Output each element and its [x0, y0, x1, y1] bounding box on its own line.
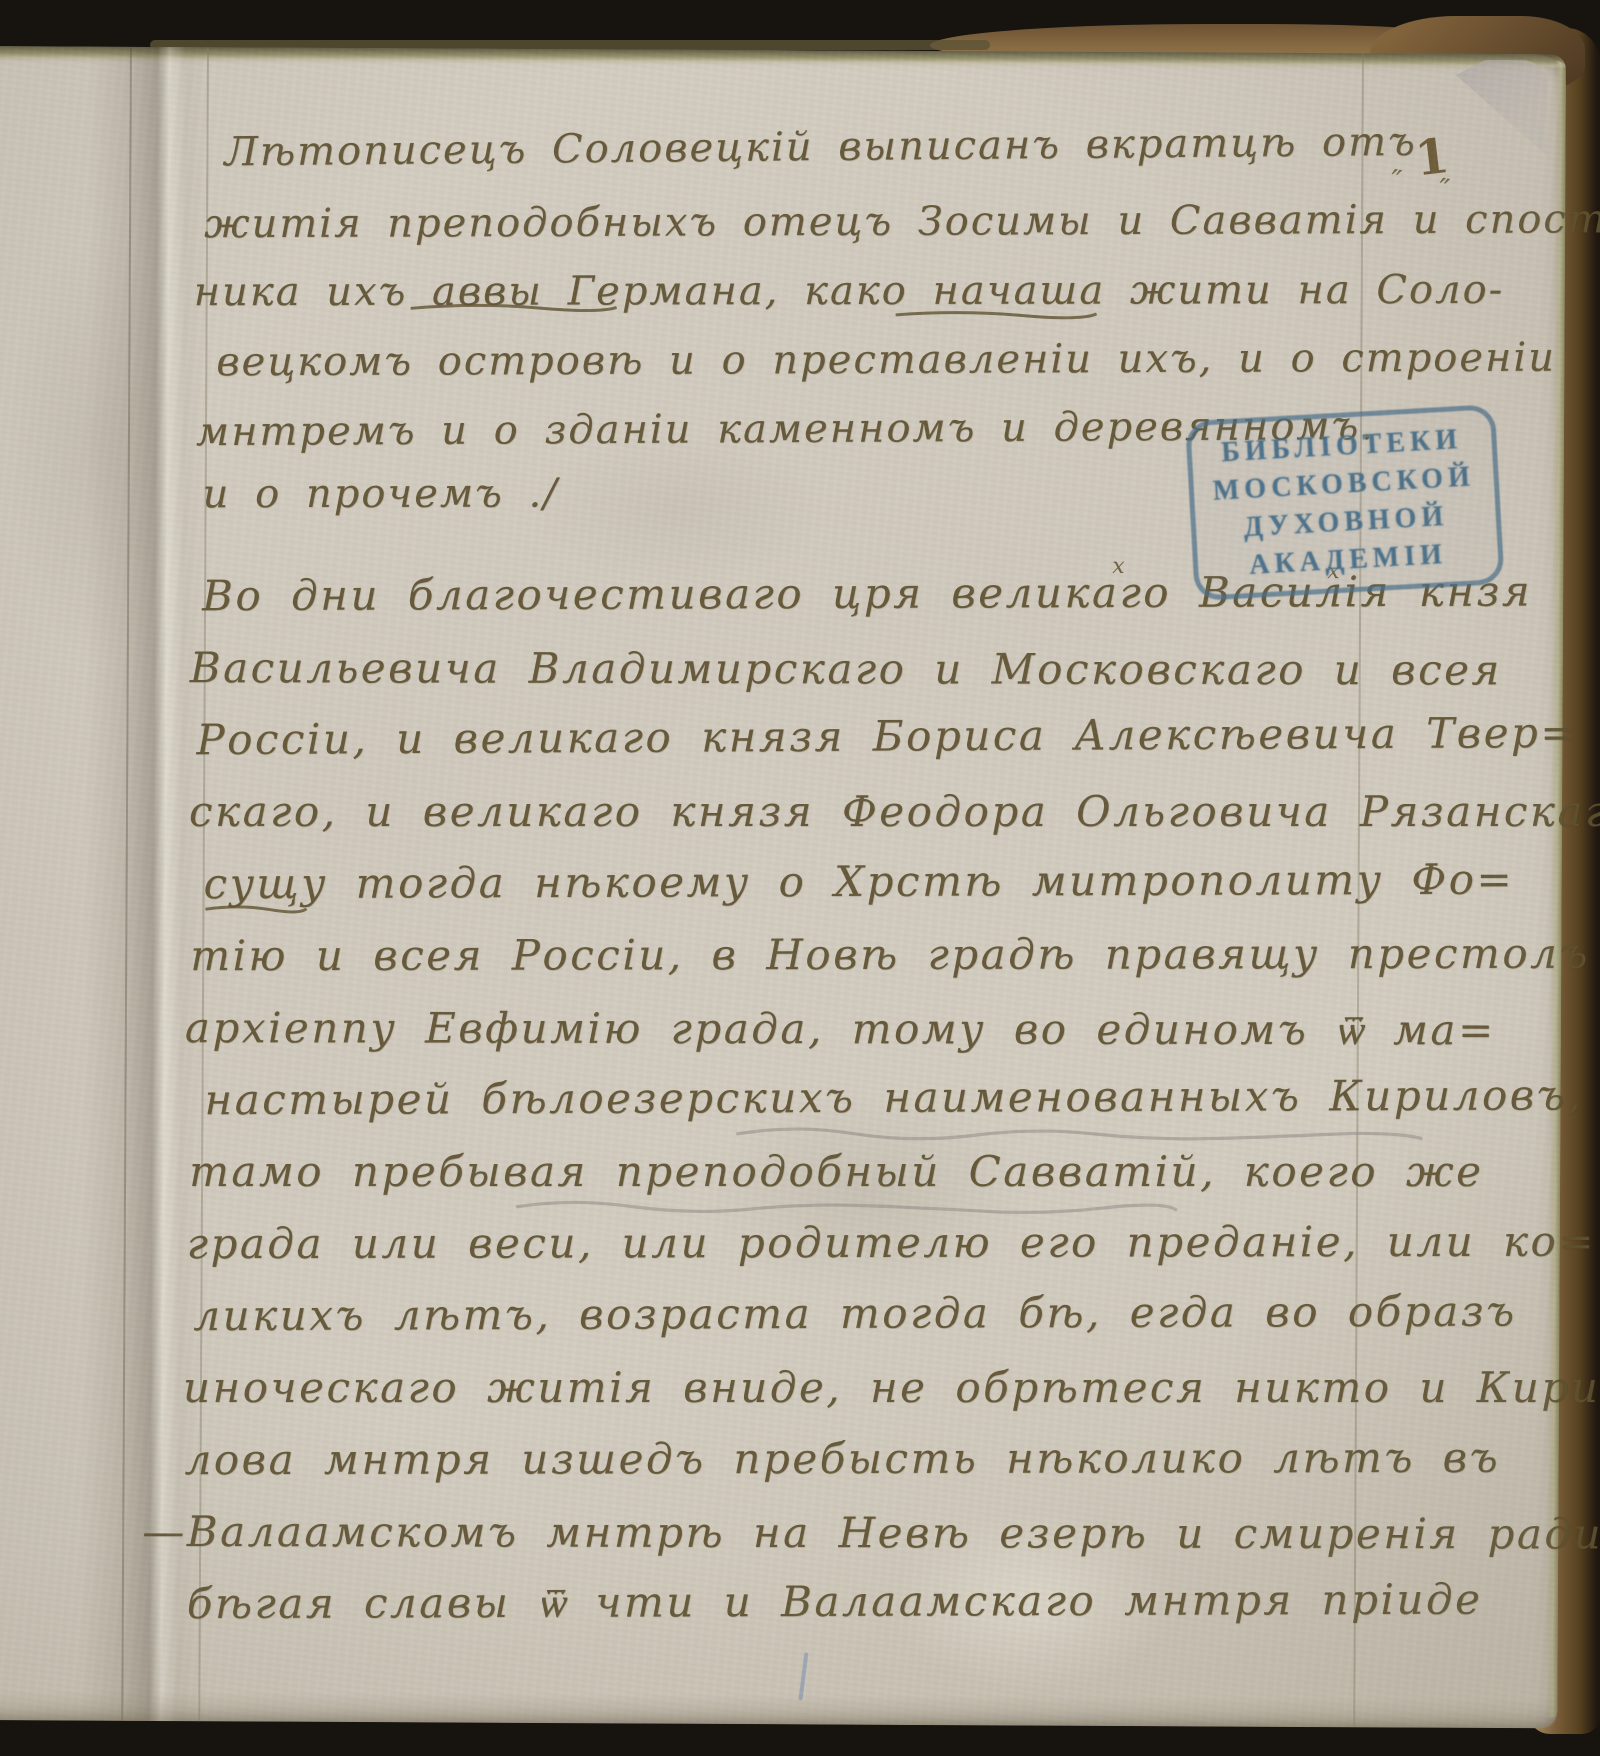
- worn-corner-patch: [1455, 60, 1548, 156]
- body-line: бѣгая славы ѿ чти и Валаамскаго мнтря пр…: [187, 1575, 1483, 1630]
- heading-line: и о прочемъ ./: [203, 471, 559, 518]
- paper-stain: [7, 236, 189, 657]
- heading-line: ника ихъ аввы Германа, како начаша жити …: [194, 267, 1505, 315]
- body-line: настырей бѣлоезерскихъ наименованныхъ Ки…: [204, 1070, 1583, 1124]
- manuscript-page: 1 ″ ″ Лѣтописецъ Соловецкій выписанъ вкр…: [0, 46, 1566, 1728]
- blue-pencil-mark: [798, 1652, 808, 1700]
- body-line: тію и всея Россіи, в Новѣ градѣ правящу …: [190, 929, 1590, 980]
- body-line: ликихъ лѣтъ, возраста тогда бѣ, егда во …: [193, 1287, 1516, 1341]
- body-line: архіеппу Евфимію града, тому во единомъ …: [185, 1003, 1496, 1055]
- heading-line: вецкомъ островѣ и о преставленіи ихъ, и …: [216, 335, 1556, 386]
- book-photo: 1 ″ ″ Лѣтописецъ Соловецкій выписанъ вкр…: [0, 0, 1600, 1756]
- bottom-edge-shadow: [0, 1690, 1557, 1728]
- body-line: града или веси, или родителю его предані…: [187, 1217, 1596, 1268]
- body-line: Васильевича Владимирскаго и Московскаго …: [190, 643, 1502, 694]
- body-line: иноческаго житія вниде, не обрѣтеся никт…: [183, 1363, 1600, 1412]
- body-line: тамо пребывая преподобный Савватій, коег…: [189, 1147, 1483, 1196]
- pencil-underline: [734, 1122, 1424, 1150]
- heading-line: Лѣтописецъ Соловецкій выписанъ вкратцѣ о…: [224, 119, 1417, 175]
- body-line: —Валаамскомъ мнтрѣ на Невѣ езерѣ и смире…: [142, 1507, 1600, 1559]
- heading-line: житія преподобныхъ отецъ Зосимы и Савват…: [204, 196, 1600, 247]
- body-line: сущу тогда нѣкоему о Хрстѣ митрополиту Ф…: [204, 855, 1515, 909]
- superscript-mark: х: [1112, 554, 1125, 579]
- body-line: скаго, и великаго князя Феодора Ольгович…: [189, 787, 1600, 836]
- body-line: Россіи, и великаго князя Бориса Алексѣев…: [196, 708, 1578, 764]
- gutter-crease: [121, 47, 132, 1721]
- library-stamp: БИБЛІОТЕКИ МОСКОВСКОЙ ДУХОВНОЙ АКАДЕМІИ: [1185, 404, 1505, 601]
- body-line: лова мнтря изшедъ пребысть нѣколико лѣтъ…: [185, 1433, 1501, 1484]
